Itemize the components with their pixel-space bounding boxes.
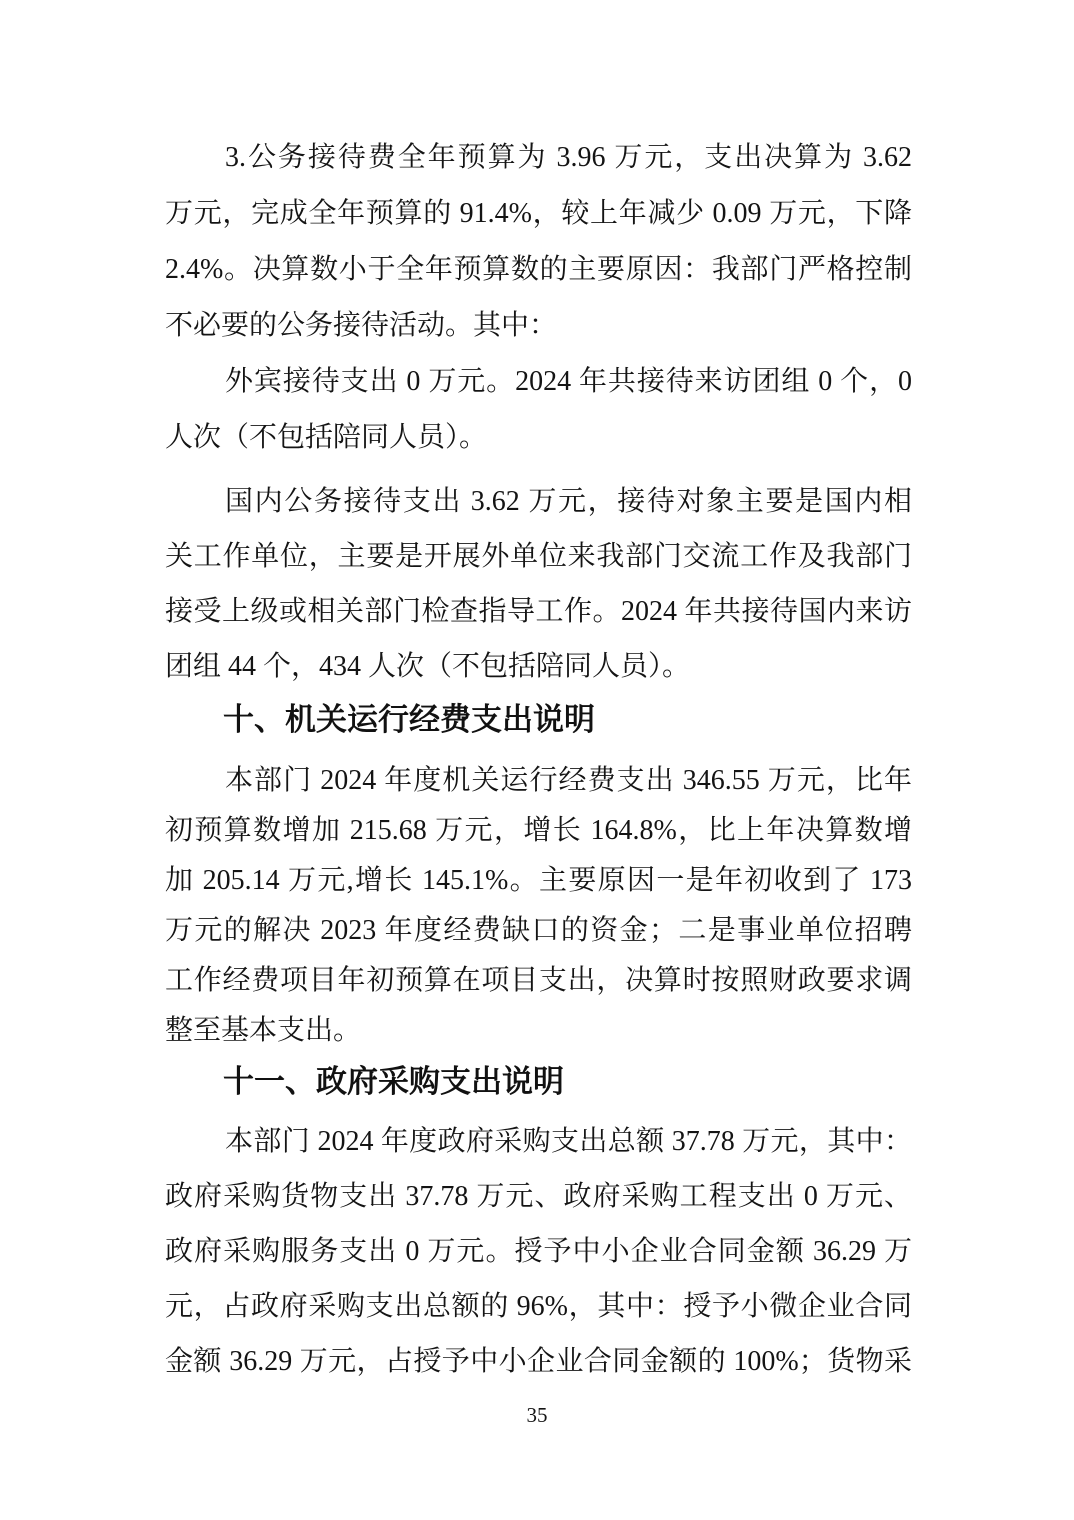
paragraph-reception-budget: 3.公务接待费全年预算为 3.96 万元，支出决算为 3.62万元，完成全年预算… [165, 130, 912, 354]
section-heading-operating-funds: 十、机关运行经费支出说明 [165, 700, 912, 740]
text-line: 本部门 2024 年度政府采购支出总额 37.78 万元，其中： [165, 1114, 912, 1169]
text-line: 金额 36.29 万元，占授予中小企业合同金额的 100%；货物采 [165, 1334, 912, 1389]
text-line: 万元的解决 2023 年度经费缺口的资金；二是事业单位招聘 [165, 906, 912, 956]
text-line: 接受上级或相关部门检查指导工作。2024 年共接待国内来访 [165, 584, 912, 639]
text-line: 国内公务接待支出 3.62 万元，接待对象主要是国内相 [165, 474, 912, 529]
text-line: 团组 44 个，434 人次（不包括陪同人员）。 [165, 639, 912, 694]
text-line: 政府采购货物支出 37.78 万元、政府采购工程支出 0 万元、 [165, 1169, 912, 1224]
paragraph-gov-procurement: 本部门 2024 年度政府采购支出总额 37.78 万元，其中：政府采购货物支出… [165, 1114, 912, 1389]
text-line: 工作经费项目年初预算在项目支出，决算时按照财政要求调 [165, 956, 912, 1006]
page-number: 35 [0, 1403, 1074, 1427]
document-page: 3.公务接待费全年预算为 3.96 万元，支出决算为 3.62万元，完成全年预算… [0, 0, 1074, 1520]
text-line: 整至基本支出。 [165, 1006, 912, 1056]
text-line: 本部门 2024 年度机关运行经费支出 346.55 万元，比年 [165, 756, 912, 806]
text-line: 加 205.14 万元,增长 145.1%。主要原因一是年初收到了 173 [165, 856, 912, 906]
text-line: 元，占政府采购支出总额的 96%，其中：授予小微企业合同 [165, 1279, 912, 1334]
text-line: 3.公务接待费全年预算为 3.96 万元，支出决算为 3.62 [165, 130, 912, 186]
text-line: 人次（不包括陪同人员）。 [165, 410, 912, 466]
paragraph-operating-funds: 本部门 2024 年度机关运行经费支出 346.55 万元，比年初预算数增加 2… [165, 756, 912, 1056]
text-line: 外宾接待支出 0 万元。2024 年共接待来访团组 0 个，0 [165, 354, 912, 410]
text-line: 关工作单位，主要是开展外单位来我部门交流工作及我部门 [165, 529, 912, 584]
document-content: 3.公务接待费全年预算为 3.96 万元，支出决算为 3.62万元，完成全年预算… [165, 130, 912, 1389]
text-line: 政府采购服务支出 0 万元。授予中小企业合同金额 36.29 万 [165, 1224, 912, 1279]
section-heading-gov-procurement: 十一、政府采购支出说明 [165, 1062, 912, 1102]
text-line: 2.4%。决算数小于全年预算数的主要原因：我部门严格控制 [165, 242, 912, 298]
text-line: 初预算数增加 215.68 万元，增长 164.8%，比上年决算数增 [165, 806, 912, 856]
text-line: 万元，完成全年预算的 91.4%，较上年减少 0.09 万元，下降 [165, 186, 912, 242]
paragraph-foreign-reception: 外宾接待支出 0 万元。2024 年共接待来访团组 0 个，0人次（不包括陪同人… [165, 354, 912, 466]
paragraph-domestic-reception: 国内公务接待支出 3.62 万元，接待对象主要是国内相关工作单位，主要是开展外单… [165, 474, 912, 694]
text-line: 不必要的公务接待活动。其中： [165, 298, 912, 354]
